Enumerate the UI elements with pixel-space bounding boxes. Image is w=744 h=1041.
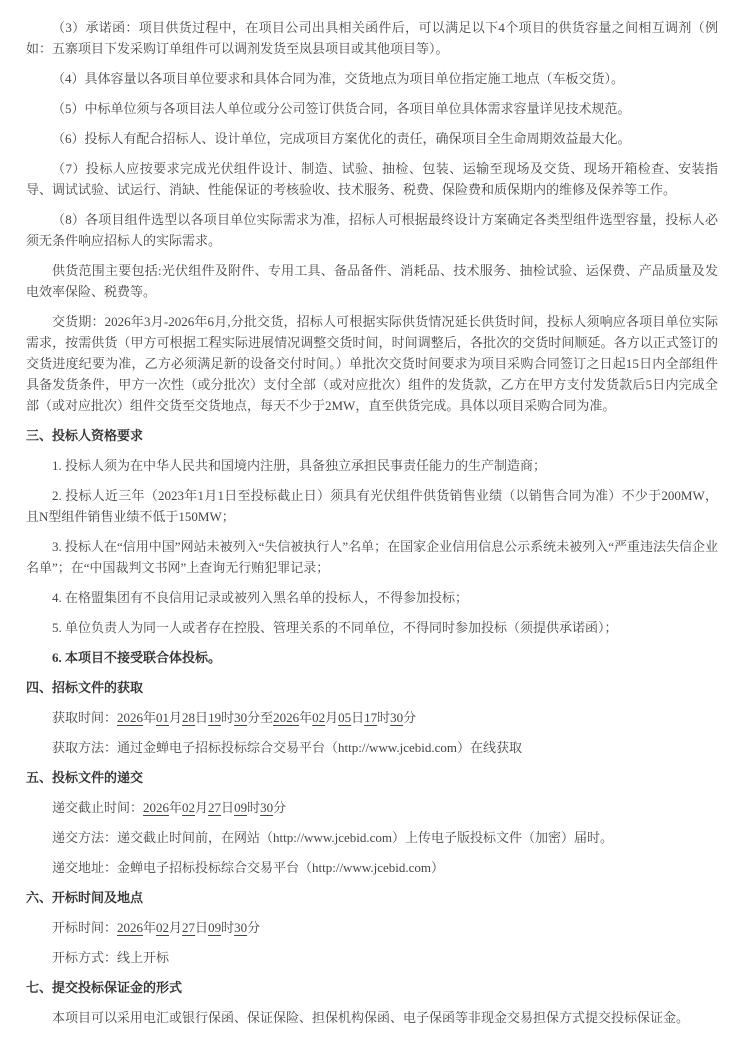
date-part: 月 bbox=[325, 710, 338, 725]
date-part: 28 bbox=[182, 710, 195, 725]
date-part: 30 bbox=[260, 800, 273, 815]
date-part: 2026 bbox=[143, 800, 169, 815]
date-part: 日 bbox=[195, 710, 208, 725]
date-part: 年 bbox=[299, 710, 312, 725]
clause-item-7: （7）投标人应按要求完成光伏组件设计、制造、试验、抽检、包装、运输至现场及交货、… bbox=[26, 158, 718, 200]
clause-item-4: （4）具体容量以各项目单位要求和具体合同为准，交货地点为项目单位指定施工地点（车… bbox=[26, 68, 718, 89]
acquisition-time-line: 获取时间：2026年01月28日19时30分至2026年02月05日17时30分 bbox=[26, 707, 718, 728]
date-part: 月 bbox=[169, 920, 182, 935]
date-part: 时 bbox=[377, 710, 390, 725]
section-heading-bid-opening: 六、开标时间及地点 bbox=[26, 887, 718, 908]
section-heading-bidder-qualifications: 三、投标人资格要求 bbox=[26, 425, 718, 446]
date-part: 02 bbox=[156, 920, 169, 935]
date-part: 时 bbox=[247, 800, 260, 815]
date-part: 27 bbox=[182, 920, 195, 935]
date-part: 05 bbox=[338, 710, 351, 725]
date-part: 日 bbox=[221, 800, 234, 815]
qualification-item-4: 4. 在格盟集团有不良信用记录或被列入黑名单的投标人，不得参加投标； bbox=[26, 587, 718, 608]
date-part: 年 bbox=[143, 920, 156, 935]
tender-notice-document-page: （3）承诺函：项目供货过程中，在项目公司出具相关函件后，可以满足以下4个项目的供… bbox=[0, 0, 744, 1041]
section-heading-document-acquisition: 四、招标文件的获取 bbox=[26, 677, 718, 698]
submission-deadline-value: 2026年02月27日09时30分 bbox=[143, 800, 286, 815]
submission-method-line: 递交方法：递交截止时间前，在网站（http://www.jcebid.com）上… bbox=[26, 827, 718, 848]
submission-deadline-label: 递交截止时间： bbox=[52, 800, 143, 815]
clause-item-5: （5）中标单位须与各项目法人单位或分公司签订供货合同，各项目单位具体需求容量详见… bbox=[26, 98, 718, 119]
date-part: 2026 bbox=[117, 920, 143, 935]
clause-item-8: （8）各项目组件选型以各项目单位实际需求为准，招标人可根据最终设计方案确定各类型… bbox=[26, 209, 718, 251]
submission-address-line: 递交地址：金蝉电子招标投标综合交易平台（http://www.jcebid.co… bbox=[26, 857, 718, 878]
delivery-period-paragraph: 交货期：2026年3月-2026年6月,分批交货，招标人可根据实际供货情况延长供… bbox=[26, 311, 718, 416]
date-part: 分 bbox=[403, 710, 416, 725]
section-heading-bid-submission: 五、投标文件的递交 bbox=[26, 767, 718, 788]
qualification-item-5: 5. 单位负责人为同一人或者存在控股、管理关系的不同单位，不得同时参加投标（须提… bbox=[26, 617, 718, 638]
date-part: 时 bbox=[221, 710, 234, 725]
supply-scope-paragraph: 供货范围主要包括:光伏组件及附件、专用工具、备品备件、消耗品、技术服务、抽检试验… bbox=[26, 260, 718, 302]
opening-time-label: 开标时间： bbox=[52, 920, 117, 935]
date-part: 月 bbox=[195, 800, 208, 815]
opening-method-line: 开标方式：线上开标 bbox=[26, 947, 718, 968]
date-part: 日 bbox=[351, 710, 364, 725]
date-part: 30 bbox=[234, 710, 247, 725]
clause-item-3: （3）承诺函：项目供货过程中，在项目公司出具相关函件后，可以满足以下4个项目的供… bbox=[26, 17, 718, 59]
date-part: 01 bbox=[156, 710, 169, 725]
date-part: 年 bbox=[143, 710, 156, 725]
date-part: 年 bbox=[169, 800, 182, 815]
date-part: 时 bbox=[221, 920, 234, 935]
acquisition-time-label: 获取时间： bbox=[52, 710, 117, 725]
submission-deadline-line: 递交截止时间：2026年02月27日09时30分 bbox=[26, 797, 718, 818]
date-part: 17 bbox=[364, 710, 377, 725]
qualification-item-2: 2. 投标人近三年（2023年1月1日至投标截止日）须具有光伏组件供货销售业绩（… bbox=[26, 485, 718, 527]
date-part: 09 bbox=[208, 920, 221, 935]
date-part: 09 bbox=[234, 800, 247, 815]
date-part: 2026 bbox=[117, 710, 143, 725]
opening-time-line: 开标时间：2026年02月27日09时30分 bbox=[26, 917, 718, 938]
clause-item-6: （6）投标人有配合招标人、设计单位，完成项目方案优化的责任，确保项目全生命周期效… bbox=[26, 128, 718, 149]
date-part: 27 bbox=[208, 800, 221, 815]
acquisition-method-line: 获取方法：通过金蝉电子招标投标综合交易平台（http://www.jcebid.… bbox=[26, 737, 718, 758]
date-part: 30 bbox=[234, 920, 247, 935]
opening-time-value: 2026年02月27日09时30分 bbox=[117, 920, 260, 935]
qualification-item-1: 1. 投标人须为在中华人民共和国境内注册，具备独立承担民事责任能力的生产制造商； bbox=[26, 455, 718, 476]
date-part: 30 bbox=[390, 710, 403, 725]
date-part: 分 bbox=[247, 920, 260, 935]
bid-bond-paragraph: 本项目可以采用电汇或银行保函、保证保险、担保机构保函、电子保函等非现金交易担保方… bbox=[26, 1007, 718, 1028]
section-heading-bid-bond-form: 七、提交投标保证金的形式 bbox=[26, 977, 718, 998]
date-part: 分 bbox=[273, 800, 286, 815]
acquisition-time-value: 2026年01月28日19时30分至2026年02月05日17时30分 bbox=[117, 710, 416, 725]
date-part: 月 bbox=[169, 710, 182, 725]
date-part: 日 bbox=[195, 920, 208, 935]
date-part: 02 bbox=[182, 800, 195, 815]
qualification-item-3: 3. 投标人在“信用中国”网站未被列入“失信被执行人”名单；在国家企业信用信息公… bbox=[26, 536, 718, 578]
date-part: 19 bbox=[208, 710, 221, 725]
qualification-item-6-no-consortium: 6. 本项目不接受联合体投标。 bbox=[26, 647, 718, 668]
date-part: 2026 bbox=[273, 710, 299, 725]
date-part: 02 bbox=[312, 710, 325, 725]
date-part: 分至 bbox=[247, 710, 273, 725]
